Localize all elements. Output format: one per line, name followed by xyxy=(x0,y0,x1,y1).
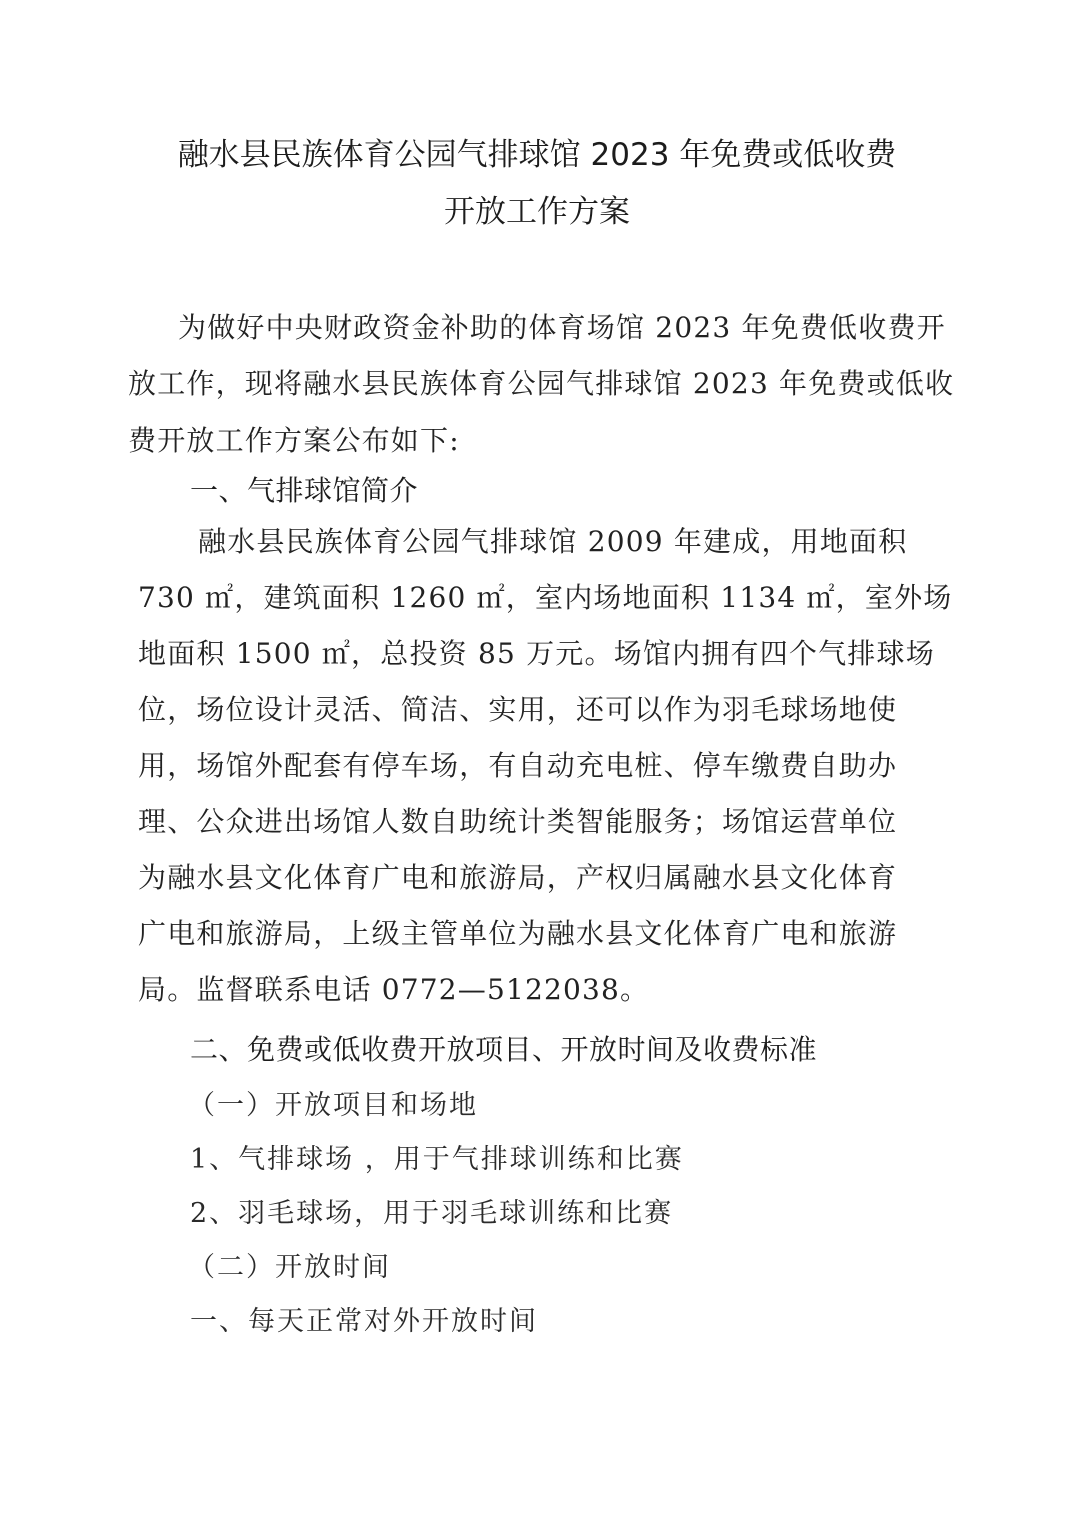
section1-line-6: 理、公众进出场馆人数自助统计类智能服务；场馆运营单位 xyxy=(138,808,884,836)
section2-subheading-2: （二）开放时间 xyxy=(188,1254,391,1281)
section1-line-9: 局。监督联系电话 0772—5122038。 xyxy=(138,976,649,1004)
section1-line-2: 730 ㎡，建筑面积 1260 ㎡，室内场地面积 1134 ㎡，室外场 xyxy=(138,584,884,612)
section1-line-5: 用，场馆外配套有停车场，有自动充电桩、停车缴费自助办 xyxy=(138,752,884,780)
section2-subheading-1: （一）开放项目和场地 xyxy=(188,1092,478,1119)
section2-item-2: 2、羽毛球场，用于羽毛球训练和比赛 xyxy=(190,1200,673,1227)
section1-line-4: 位，场位设计灵活、简洁、实用，还可以作为羽毛球场地使 xyxy=(138,696,884,724)
intro-line-2: 放工作，现将融水县民族体育公园气排球馆 2023 年免费或低收 xyxy=(128,370,934,398)
section1-heading: 一、气排球馆简介 xyxy=(190,477,418,505)
section2-item-1: 1、气排球场 ，用于气排球训练和比赛 xyxy=(190,1146,684,1173)
document-page: 融水县民族体育公园气排球馆 2023 年免费或低收费 开放工作方案 为做好中央财… xyxy=(0,0,1074,1520)
intro-line-3: 费开放工作方案公布如下: xyxy=(128,427,460,455)
section2-heading: 二、免费或低收费开放项目、开放时间及收费标准 xyxy=(190,1036,817,1064)
section1-line-1: 融水县民族体育公园气排球馆 2009 年建成，用地面积 xyxy=(198,528,884,556)
document-title-line-2: 开放工作方案 xyxy=(0,197,1074,228)
section2-daily-hours: 一、每天正常对外开放时间 xyxy=(190,1308,538,1335)
section1-line-8: 广电和旅游局，上级主管单位为融水县文化体育广电和旅游 xyxy=(138,920,884,948)
intro-line-1: 为做好中央财政资金补助的体育场馆 2023 年免费低收费开 xyxy=(178,314,934,342)
section1-line-7: 为融水县文化体育广电和旅游局，产权归属融水县文化体育 xyxy=(138,864,884,892)
section1-line-3: 地面积 1500 ㎡，总投资 85 万元。场馆内拥有四个气排球场 xyxy=(138,640,884,668)
document-title-line-1: 融水县民族体育公园气排球馆 2023 年免费或低收费 xyxy=(0,140,1074,171)
